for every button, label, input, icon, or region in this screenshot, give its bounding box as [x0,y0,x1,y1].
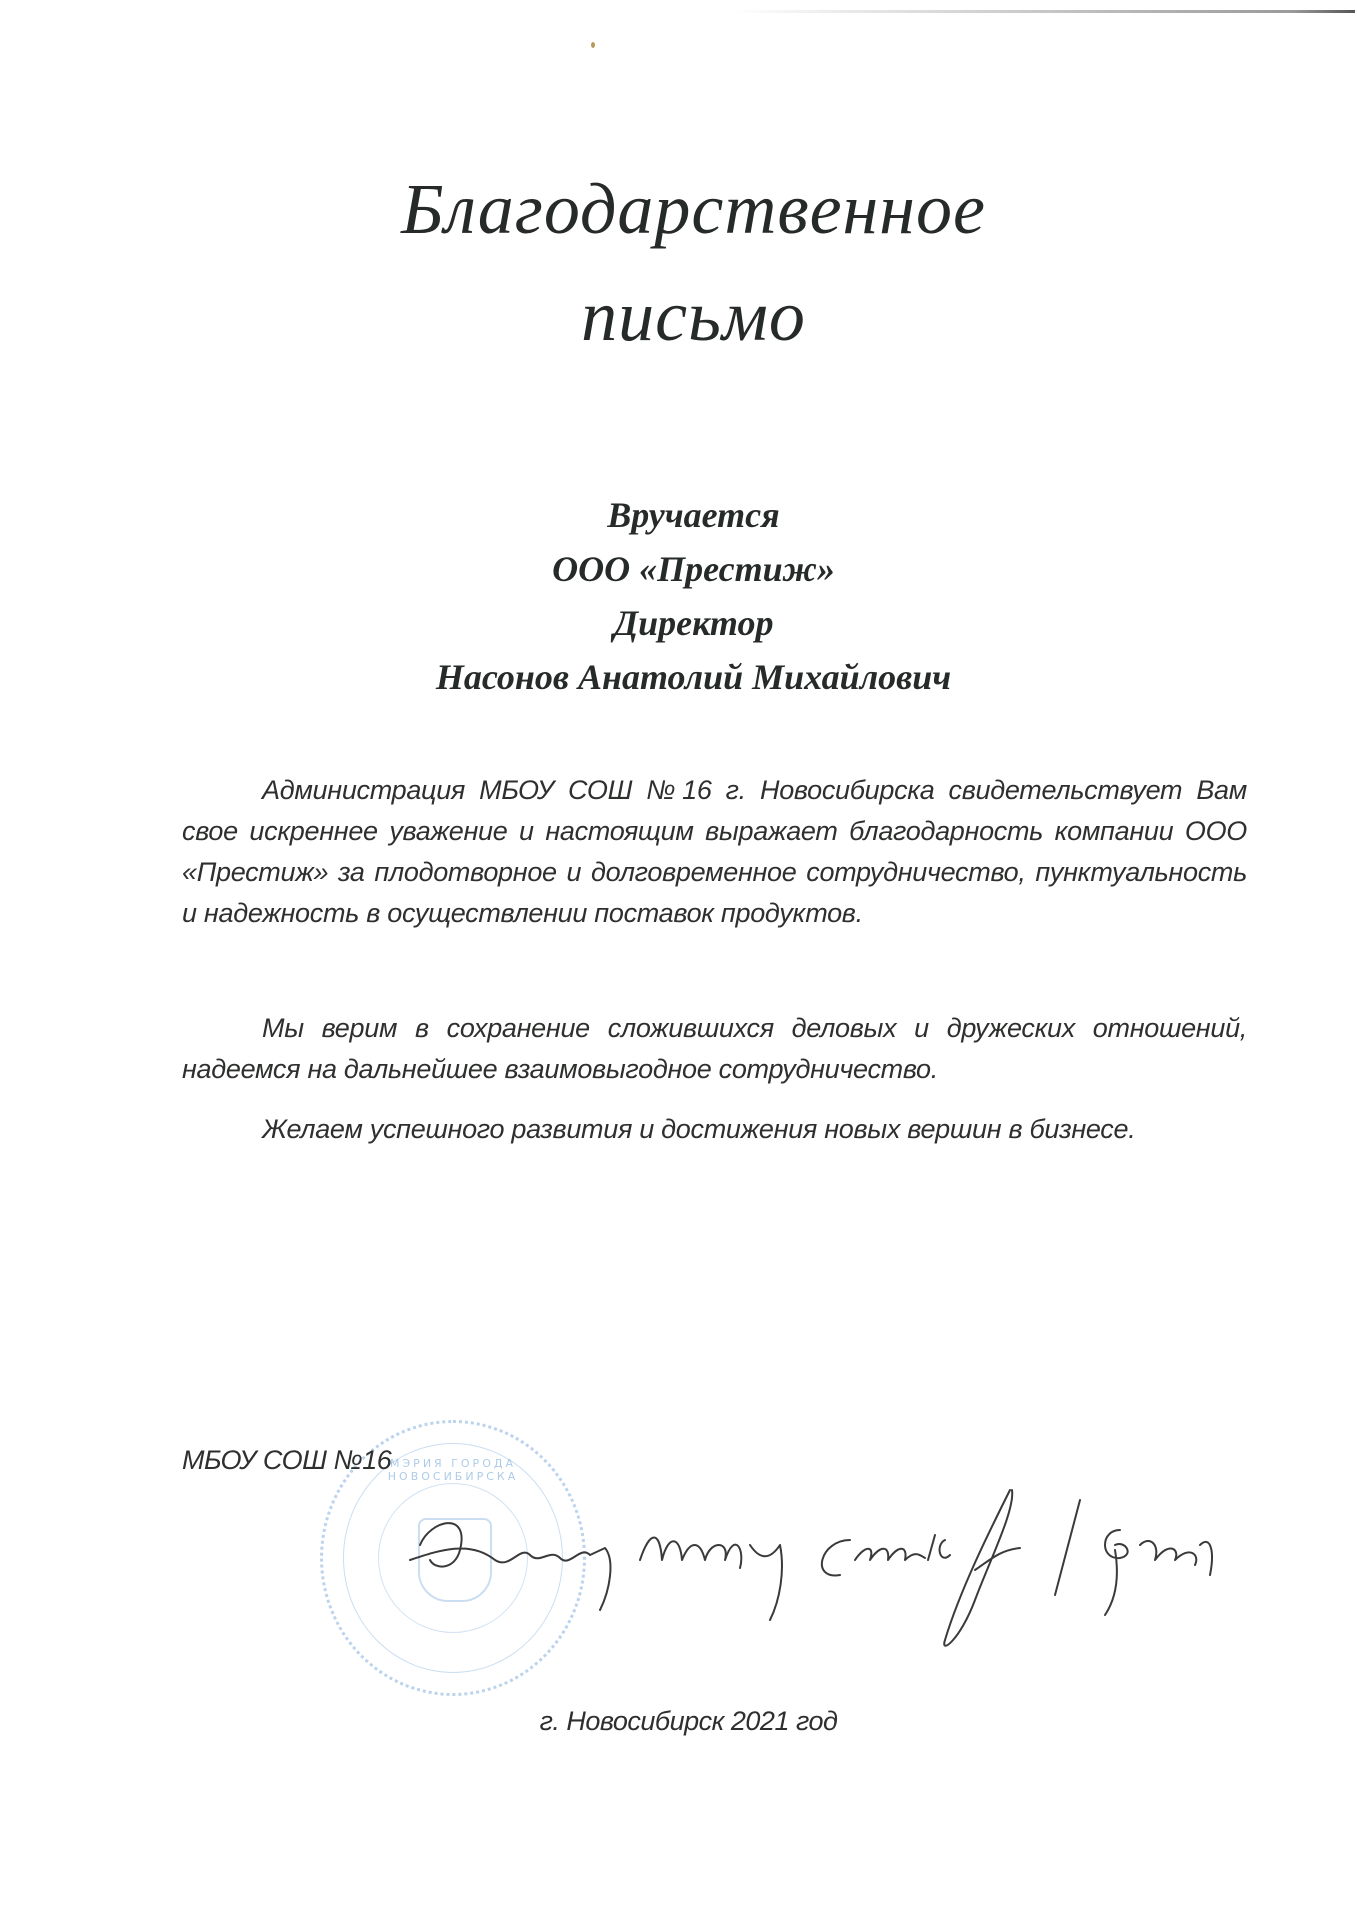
paragraph-gratitude: Администрация МБОУ СОШ №16 г. Новосибирс… [182,770,1247,934]
awarded-to-label: Вручается [30,488,1357,542]
paragraph-wishes: Желаем успешного развития и достижения н… [182,1109,1247,1150]
paragraph-text: Мы верим в сохранение сложившихся деловы… [182,1008,1247,1090]
document-title-line1: Благодарственное [30,168,1357,251]
recipient-name: Насонов Анатолий Михайлович [30,650,1357,704]
scan-speck [591,42,595,48]
recipient-position: Директор [30,596,1357,650]
paragraph-text: Желаем успешного развития и достижения н… [182,1109,1247,1150]
recipient-block: Вручается ООО «Престиж» Директор Насонов… [30,488,1357,704]
document-title-line2: письмо [30,275,1357,358]
handwritten-signature [400,1450,1357,1660]
paragraph-relations: Мы верим в сохранение сложившихся деловы… [182,1008,1247,1090]
organization-label: МБОУ СОШ №16 [182,1445,391,1476]
paragraph-text: Администрация МБОУ СОШ №16 г. Новосибирс… [182,770,1247,934]
company-name: ООО «Престиж» [30,542,1357,596]
place-and-year: г. Новосибирск 2021 год [0,1706,1357,1737]
scan-edge-artifact [730,10,1355,13]
